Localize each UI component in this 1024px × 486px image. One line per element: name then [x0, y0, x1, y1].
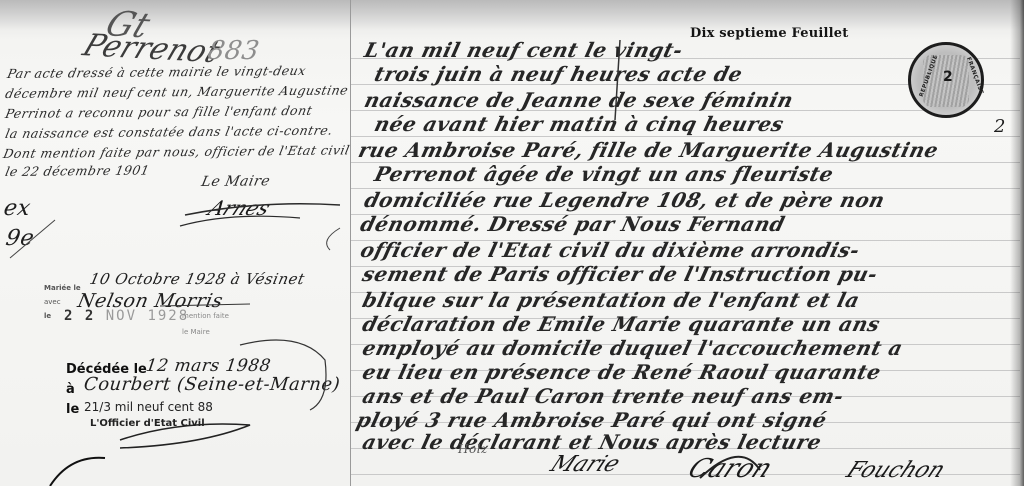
marginal-word: Holz — [458, 442, 488, 456]
entry-line: rue Ambroise Paré, fille de Marguerite A… — [356, 138, 941, 162]
entry-line: déclaration de Emile Marie quarante un a… — [360, 312, 883, 336]
republique-francaise-seal: REPUBLIQUE FRANÇAISE 2 — [908, 42, 984, 118]
margin-note-line: le 22 décembre 1901 — [4, 162, 151, 179]
margin-note-ex: ex — [2, 196, 33, 221]
entry-line: trois juin à neuf heures acte de — [372, 62, 745, 86]
mayor-label: Le Maire — [200, 173, 272, 190]
entry-line: blique sur la présentation de l'enfant e… — [360, 288, 862, 312]
entry-line: employé au domicile duquel l'accouchemen… — [360, 336, 905, 360]
stamp-day: 2 2 — [64, 308, 95, 324]
mayor-signature: Arnes — [204, 196, 274, 220]
stamp-month-year: NOV 1928 — [106, 308, 189, 324]
death-place: Courbert (Seine-et-Marne) — [83, 374, 341, 395]
scan-shadow-right — [1010, 0, 1024, 486]
entry-line: domiciliée rue Legendre 108, et de père … — [362, 188, 888, 212]
entry-line: ployé 3 rue Ambroise Paré qui ont signé — [354, 408, 829, 432]
margin-note-line: Perrinot a reconnu pour sa fille l'enfan… — [4, 103, 314, 121]
stamp-maire: le Maire — [182, 328, 210, 336]
entry-line: officier de l'Etat civil du dixième arro… — [358, 238, 862, 262]
stamp-label-married: Mariée le — [44, 284, 81, 292]
registry-page: Gt Perrenot 883 Dix septieme Feuillet Pa… — [0, 0, 1024, 486]
margin-note-line: la naissance est constatée dans l'acte c… — [4, 123, 334, 141]
entry-line: avec le déclarant et Nous après lecture — [360, 430, 824, 454]
entry-line: née avant hier matin à cinq heures — [372, 112, 787, 136]
seal-value: 2 — [943, 69, 953, 85]
entry-number: 883 — [205, 36, 261, 66]
death-officer: L'Officier d'Etat Civil — [90, 418, 205, 429]
right-edge-note: 2 — [994, 116, 1006, 137]
marriage-stamp-date: 2 2 NOV 1928 — [64, 308, 189, 324]
ruled-line — [350, 136, 1020, 137]
entry-line: naissance de Jeanne de sexe féminin — [362, 88, 796, 112]
stamp-label-on: le — [44, 312, 51, 320]
signature-officer: Fouchon — [842, 458, 949, 483]
margin-note-9e: 9e — [4, 226, 36, 251]
death-date: 12 mars 1988 — [145, 356, 273, 376]
margin-note-line: décembre mil neuf cent un, Marguerite Au… — [4, 82, 350, 101]
signature-witness: Caron — [683, 454, 777, 484]
margin-divider — [350, 0, 351, 486]
death-on-label: le — [66, 402, 79, 417]
stamp-mention: mention faite — [182, 312, 229, 320]
margin-note-line: Par acte dressé à cette mairie le vingt-… — [6, 63, 307, 81]
entry-line: dénommé. Dressé par Nous Fernand — [358, 212, 788, 236]
entry-line: Perrenot âgée de vingt un ans fleuriste — [372, 162, 836, 186]
entry-line: ans et de Paul Caron trente neuf ans em- — [360, 384, 846, 408]
scan-shadow-top — [0, 0, 1024, 30]
marriage-date-place: 10 Octobre 1928 à Vésinet — [88, 270, 306, 288]
sheet-header: Dix septieme Feuillet — [690, 26, 848, 41]
signature-declarant: Marie — [546, 452, 624, 477]
stamp-label-with: avec — [44, 298, 61, 306]
entry-line: L'an mil neuf cent le vingt- — [362, 38, 686, 62]
entry-line: sement de Paris officier de l'Instructio… — [360, 262, 880, 286]
death-at-label: à — [66, 382, 75, 397]
margin-note-line: Dont mention faite par nous, officier de… — [2, 142, 351, 161]
death-mention-date: 21/3 mil neuf cent 88 — [84, 400, 213, 414]
entry-line: eu lieu en présence de René Raoul quaran… — [360, 360, 884, 384]
